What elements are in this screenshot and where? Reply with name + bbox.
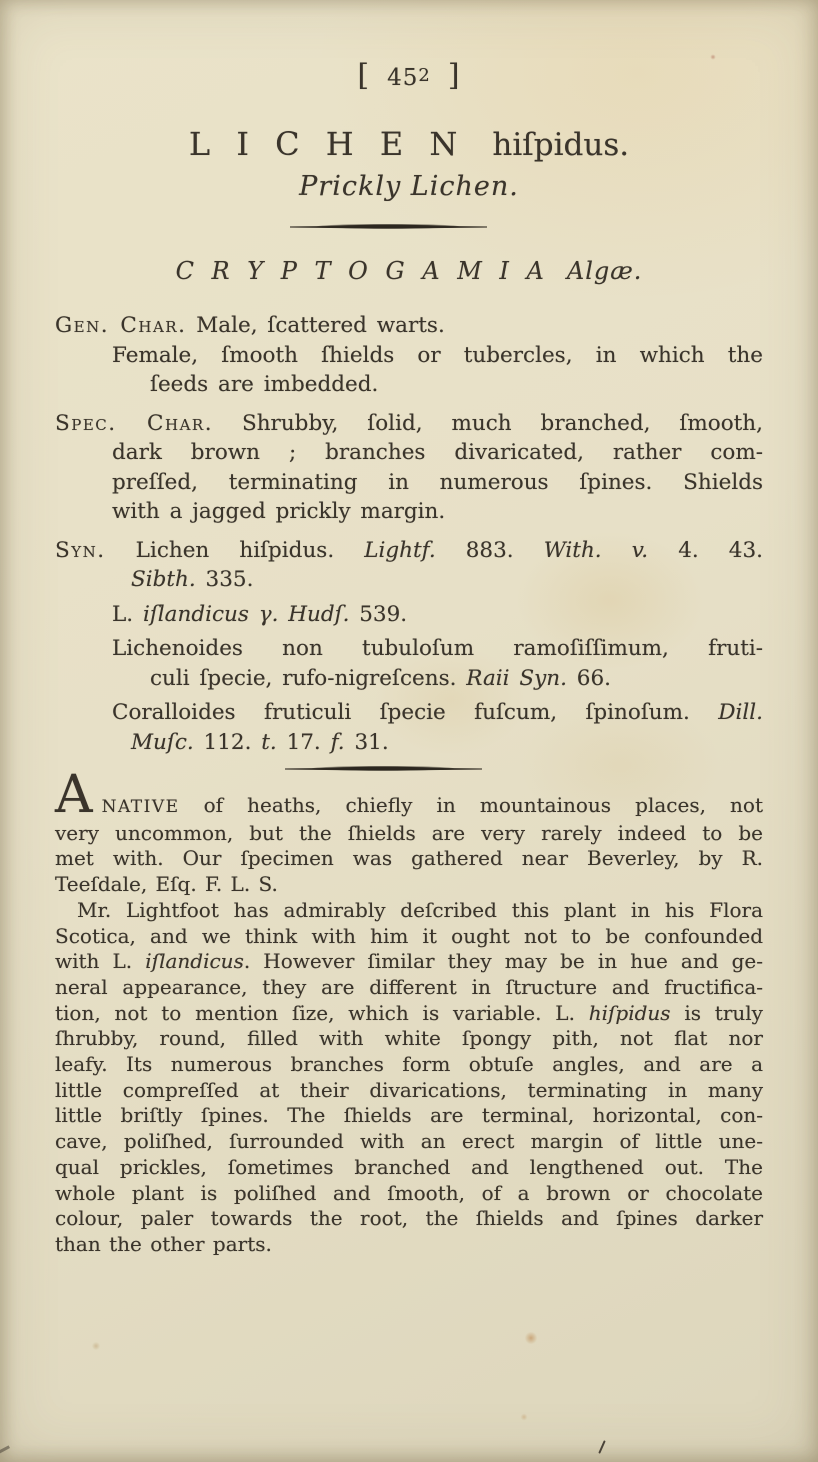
text-run: 66. xyxy=(567,666,611,691)
text-run: cave, poliſhed, ſurrounded with an erect… xyxy=(55,1129,763,1153)
synonym-line: Lichenoides non tubuloſum ramoſiſſimum, … xyxy=(55,634,763,664)
common-name: Prickly Lichen. xyxy=(55,171,763,202)
text-run: 4. 43. xyxy=(648,538,763,563)
text-run xyxy=(602,538,632,563)
text-run: of heaths, chiefly in mountainous places… xyxy=(180,793,763,817)
text-run: ſhrubby, round, filled with white ſpongy… xyxy=(55,1026,763,1050)
species-epithet: hiſpidus. xyxy=(492,127,629,163)
species-title: L I C H E N hiſpidus. xyxy=(55,125,763,163)
body-text-line: leafy. Its numerous branches form obtuſe… xyxy=(55,1052,763,1078)
pen-slash-mark xyxy=(598,1440,606,1454)
text-run: whole plant is poliſhed and ſmooth, of a… xyxy=(55,1181,763,1205)
body-text-line: cave, poliſhed, ſurrounded with an erect… xyxy=(55,1129,763,1155)
drop-cap-letter: A xyxy=(55,765,93,825)
page-number-bracket-right: ] xyxy=(448,58,461,93)
text-run: is truly xyxy=(671,1001,763,1025)
text-run: v. xyxy=(632,538,648,563)
text-run: tion, not to mention ſize, which is vari… xyxy=(55,1001,589,1025)
gen-char-line: Female, ſmooth ſhields or tubercles, in … xyxy=(55,341,763,371)
body-text-line: Teeſdale, Eſq. F. L. S. xyxy=(55,872,763,898)
description-paragraph: ANATIVE of heaths, chiefly in mountainou… xyxy=(55,793,763,1258)
text-run: 539. xyxy=(349,602,407,627)
body-text-line: met with. Our ſpecimen was gathered near… xyxy=(55,846,763,872)
text-run: qual prickles, ſometimes branched and le… xyxy=(55,1155,763,1179)
text-run: ſeeds are imbedded. xyxy=(150,372,378,397)
text-run: Shrubby, ſolid, much branched, ſmooth, xyxy=(213,411,763,436)
text-run: Male, ſcattered warts. xyxy=(186,313,444,338)
page-number-main: 45 xyxy=(387,65,418,91)
text-run: leafy. Its numerous branches form obtuſe… xyxy=(55,1052,763,1076)
text-run: culi ſpecie, rufo-nigreſcens. xyxy=(150,666,466,691)
page-number: [ 452 ] xyxy=(55,58,763,93)
text-run: neral appearance, they are different in … xyxy=(55,975,763,999)
text-run: than the other parts. xyxy=(55,1232,272,1256)
text-run: Mr. Lightfoot has admirably deſcribed th… xyxy=(77,898,763,922)
ornament-rule-middle xyxy=(285,766,482,771)
text-run: iſlandicus xyxy=(145,949,244,973)
body-text-line: colour, paler towards the root, the ſhie… xyxy=(55,1206,763,1232)
synonym-line: Coralloides fruticuli ſpecie fuſcum, ſpi… xyxy=(55,698,763,728)
book-page: [ 452 ] L I C H E N hiſpidus. Prickly Li… xyxy=(0,0,818,1462)
spec-char-line: Spec. Char. Shrubby, ſolid, much branche… xyxy=(55,409,763,439)
body-text-line: very uncommon, but the ſhields are very … xyxy=(55,821,763,847)
synonyms-section: Syn. Lichen hiſpidus. Lightf. 883. With.… xyxy=(55,536,763,758)
text-run: . However ſimilar they may be in hue and… xyxy=(244,949,763,973)
text-run: with L. xyxy=(55,949,145,973)
text-run: dark brown ; branches divaricated, rathe… xyxy=(112,440,763,465)
class-tribe: Algæ. xyxy=(567,257,643,285)
text-run: t. xyxy=(261,730,276,755)
text-run: Lightf. xyxy=(364,538,435,563)
synonym-line: culi ſpecie, rufo-nigreſcens. Raii Syn. … xyxy=(55,664,763,694)
body-text-line: neral appearance, they are different in … xyxy=(55,975,763,1001)
text-run: Lichenoides non tubuloſum ramoſiſſimum, … xyxy=(112,636,763,661)
text-run: hiſpidus xyxy=(589,1001,671,1025)
gen-char-line: ſeeds are imbedded. xyxy=(55,370,763,400)
text-run: Raii Syn. xyxy=(466,666,567,691)
spec-char-line: dark brown ; branches divaricated, rathe… xyxy=(55,438,763,468)
body-text-line: qual prickles, ſometimes branched and le… xyxy=(55,1155,763,1181)
edge-mark xyxy=(0,1445,10,1453)
text-run: With. xyxy=(544,538,602,563)
page-number-digits: 452 xyxy=(387,65,431,91)
text-run: little briſtly ſpines. The ſhields are t… xyxy=(55,1103,763,1127)
text-run: Spec. Char. xyxy=(55,411,213,436)
body-text-line: ſhrubby, round, filled with white ſpongy… xyxy=(55,1026,763,1052)
spec-char-line: with a jagged prickly margin. xyxy=(55,497,763,527)
text-run: Dill. xyxy=(718,700,763,725)
text-run: f. xyxy=(331,730,345,755)
text-run: little compreſſed at their divarications… xyxy=(55,1078,763,1102)
class-order: C R Y P T O G A M I A xyxy=(176,257,549,285)
synonym-line: Muſc. 112. t. 17. f. 31. xyxy=(55,728,763,758)
body-text-line: than the other parts. xyxy=(55,1232,763,1258)
gen-char-section: Gen. Char. Male, ſcattered warts.Female,… xyxy=(55,311,763,400)
text-run: met with. Our ſpecimen was gathered near… xyxy=(55,846,763,870)
text-run: 883. xyxy=(436,538,544,563)
body-text-line: little briſtly ſpines. The ſhields are t… xyxy=(55,1103,763,1129)
text-run: Lichen hiſpidus. xyxy=(106,538,365,563)
text-run: colour, paler towards the root, the ſhie… xyxy=(55,1206,763,1230)
text-run: Muſc. xyxy=(131,730,194,755)
text-run: Gen. Char. xyxy=(55,313,186,338)
classification-line: C R Y P T O G A M I A Algæ. xyxy=(55,257,763,285)
text-run: Coralloides fruticuli ſpecie fuſcum, ſpi… xyxy=(112,700,718,725)
text-run: 31. xyxy=(345,730,389,755)
body-text-line: ANATIVE of heaths, chiefly in mountainou… xyxy=(55,793,763,821)
text-run: 112. xyxy=(194,730,262,755)
page-content: [ 452 ] L I C H E N hiſpidus. Prickly Li… xyxy=(0,0,818,1258)
synonym-line: L. iſlandicus γ. Hudſ. 539. xyxy=(55,600,763,630)
page-number-bracket-left: [ xyxy=(357,58,370,93)
body-text-line: whole plant is poliſhed and ſmooth, of a… xyxy=(55,1181,763,1207)
text-run: Scotica, and we think with him it ought … xyxy=(55,924,763,948)
page-number-superscript: 2 xyxy=(418,65,430,86)
text-run: Sibth. xyxy=(131,567,196,592)
body-text-line: Scotica, and we think with him it ought … xyxy=(55,924,763,950)
genus-name: L I C H E N xyxy=(189,125,466,163)
text-run: Teeſdale, Eſq. F. L. S. xyxy=(55,872,278,896)
body-text-line: little compreſſed at their divarications… xyxy=(55,1078,763,1104)
spec-char-section: Spec. Char. Shrubby, ſolid, much branche… xyxy=(55,409,763,527)
text-run: γ. xyxy=(249,602,288,627)
text-run: with a jagged prickly margin. xyxy=(112,499,445,524)
text-run: preſſed, terminating in numerous ſpines.… xyxy=(112,470,763,495)
text-run: Hudſ. xyxy=(288,602,349,627)
text-run: NATIVE xyxy=(102,797,180,817)
body-text-line: tion, not to mention ſize, which is vari… xyxy=(55,1001,763,1027)
body-text-line: Mr. Lightfoot has admirably deſcribed th… xyxy=(55,898,763,924)
text-run: very uncommon, but the ſhields are very … xyxy=(55,821,763,845)
text-run: L. xyxy=(112,602,143,627)
text-run: iſlandicus xyxy=(143,602,249,627)
body-text-line: with L. iſlandicus. However ſimilar they… xyxy=(55,949,763,975)
gen-char-line: Gen. Char. Male, ſcattered warts. xyxy=(55,311,763,341)
spec-char-line: preſſed, terminating in numerous ſpines.… xyxy=(55,468,763,498)
text-run: Female, ſmooth ſhields or tubercles, in … xyxy=(112,343,763,368)
synonym-line: Syn. Lichen hiſpidus. Lightf. 883. With.… xyxy=(55,536,763,566)
text-run: Syn. xyxy=(55,538,106,563)
text-run: 17. xyxy=(277,730,331,755)
synonym-line: Sibth. 335. xyxy=(55,565,763,595)
text-run: 335. xyxy=(196,567,254,592)
ornament-rule-top xyxy=(290,224,487,229)
